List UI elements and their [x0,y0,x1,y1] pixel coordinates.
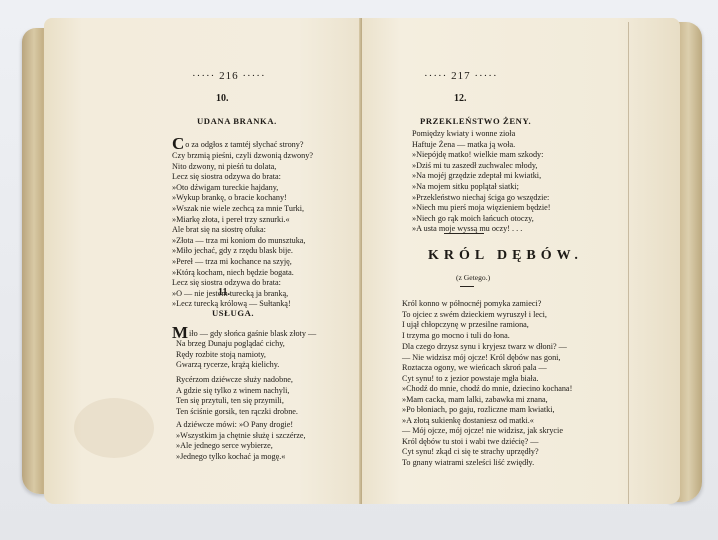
stanza: Rycérzom dziéwcze służy nadobne, A gdzie… [176,375,298,417]
left-page: ····· 216 ····· 10. UDANA BRANKA. Co za … [44,18,362,504]
section-divider [444,233,484,234]
first-line-text: o za odgłos z tamtéj słychać strony? [185,140,303,149]
verse-line: »Złota — trza mi koniom do munsztuka, [172,236,313,247]
verse-line: »O — nie jestem turecką ja branką, [172,289,313,300]
verse-line: Cyt synu! zkąd ci się te strachy uprzędł… [402,447,563,458]
first-line-text: iło — gdy słońca gaśnie blask złoty — [189,329,316,338]
verse-line: Rędy rozbite stoją namioty, [176,350,285,361]
verse-line: Lecz się siostra odzywa do brata: [172,172,313,183]
poem-number: 10. [216,94,229,105]
verse-line: A gdzie się tylko z winem nachyli, [176,386,298,397]
verse-line: »Niepójdę matko! wielkie mam szkody: [412,150,550,161]
verse-line: Pomiędzy kwiaty i wonne zioła [412,129,550,140]
verse-line: — Mój ojcze, mój ojcze! nie widzisz, jak… [402,426,563,437]
poem-title: UDANA BRANKA. [197,116,277,127]
verse-line: I ujął chłopczynę w przesilne ramiona, [402,320,547,331]
stanza: A dziéwcze mówi: »O Pany drogie! »Wszyst… [176,420,306,462]
verse-line: To gnany wiatrami szeleści liść zwiędły. [402,458,563,469]
verse-line: Nito dzwony, ni pieśń tu dolata, [172,162,313,173]
verse-line: Gwarzą rycerze, krążą kielichy. [176,360,285,371]
verse-line: Na brzeg Dunaju poglądać cichy, [176,339,285,350]
verse-line: »Chodź do mnie, chodź do mnie, dziecino … [402,384,572,395]
poem-first-line: Co za odgłos z tamtéj słychać strony? [172,139,304,151]
page-fold-crease [628,22,629,504]
stanza: Na brzeg Dunaju poglądać cichy, Rędy roz… [176,339,285,371]
verse-line: »Przekleństwo niechaj ściga go wszędzie: [412,193,550,204]
verse-line: Cyt synu! to z jezior powstaje mgła biał… [402,374,567,385]
poem-number: 11. [218,288,230,299]
verse-line: »Jednego tylko kochać ja mogę.« [176,452,306,463]
verse-line: Król konno w północnéj pomyka zamieci? [402,299,547,310]
verse-line: »Ale jednego serce wybierze, [176,441,306,452]
verse-line: »Którą kocham, niech będzie bogata. [172,268,313,279]
verse-line: »A złotą sukienkę dostaniesz od matki.« [402,416,572,427]
verse-line: — Nie widzisz mój ojcze! Król dębów nas … [402,353,567,364]
poem-first-line: Miło — gdy słońca gaśnie blask złoty — [172,328,316,340]
running-head-216: ····· 216 ····· [192,71,266,82]
verse-line: Ten się przytuli, ten się przymili, [176,396,298,407]
open-book: ····· 216 ····· 10. UDANA BRANKA. Co za … [22,16,702,518]
verse-line: »Pereł — trza mi kochance na szyję, [172,257,313,268]
poem-lines: Czy brzmią pieśni, czyli dzwonią dzwony?… [172,151,313,310]
verse-line: A dziéwcze mówi: »O Pany drogie! [176,420,306,431]
verse-line: »Niech mu pierś moja więzieniem będzie! [412,203,550,214]
poem-title: PRZEKLEŃSTWO ŻENY. [420,116,531,127]
verse-line: Roztacza ogony, we wieńcach skroń pala — [402,363,567,374]
right-page: ····· 217 ····· 12. PRZEKLEŃSTWO ŻENY. P… [362,18,680,504]
poem-subtitle: (z Getego.) [456,273,490,284]
verse-line: Dla czego drzysz synu i kryjesz twarz w … [402,342,567,353]
verse-line: I trzyma go mocno i tuli do łona. [402,331,547,342]
poem-title: USŁUGA. [212,308,254,319]
stanza: Król konno w północnéj pomyka zamieci? T… [402,299,547,341]
stanza: — Mój ojcze, mój ojcze! nie widzisz, jak… [402,426,563,468]
verse-line: »Mam cacka, mam lalki, zabawka mi znana, [402,395,572,406]
verse-line: »Oto dźwigam tureckie hajdany, [172,183,313,194]
paper-stain [74,398,154,458]
verse-line: Ten ściśnie gorsik, ten rączki drobne. [176,407,298,418]
verse-line: Rycérzom dziéwcze służy nadobne, [176,375,298,386]
verse-line: »Wykup brankę, o bracie kochany! [172,193,313,204]
poem-lines: Pomiędzy kwiaty i wonne zioła Haftuje Że… [412,129,550,235]
verse-line: »Miarkę złota, i pereł trzy sznurki.« [172,215,313,226]
verse-line: »Na mojéj grzędzie zdeptał mi kwiatki, [412,171,550,182]
verse-line: »Wszystkim ja chętnie służę i szczérze, [176,431,306,442]
verse-line: Ale brat się na siostrę ofuka: [172,225,313,236]
verse-line: Król dębów tu stoi i wabi twe dziécię? — [402,437,563,448]
poem-title-large: KRÓL DĘBÓW. [428,251,583,262]
verse-line: »Na mojem sitku poplątał siatki; [412,182,550,193]
verse-line: »Po błoniach, po gaju, rozliczne mam kwi… [402,405,572,416]
verse-line: Haftuje Żena — matka ją woła. [412,140,550,151]
verse-line: »Dziś mi tu zaszedł zuchwalec młody, [412,161,550,172]
running-head-217: ····· 217 ····· [424,71,498,82]
verse-line: Czy brzmią pieśni, czyli dzwonią dzwony? [172,151,313,162]
verse-line: Lecz się siostra odzywa do brata: [172,278,313,289]
verse-line: »Wszak nie wiele zechcą za mnie Turki, [172,204,313,215]
stanza: Dla czego drzysz synu i kryjesz twarz w … [402,342,567,384]
section-divider [460,286,474,287]
stanza: »Chodź do mnie, chodź do mnie, dziecino … [402,384,572,426]
verse-line: »Niech go rąk moich łańcuch otoczy, [412,214,550,225]
verse-line: »Miło jechać, gdy z rzędu blask bije. [172,246,313,257]
verse-line: To ojciec z swém dzieckiem wyruszył i le… [402,310,547,321]
poem-number: 12. [454,94,467,105]
